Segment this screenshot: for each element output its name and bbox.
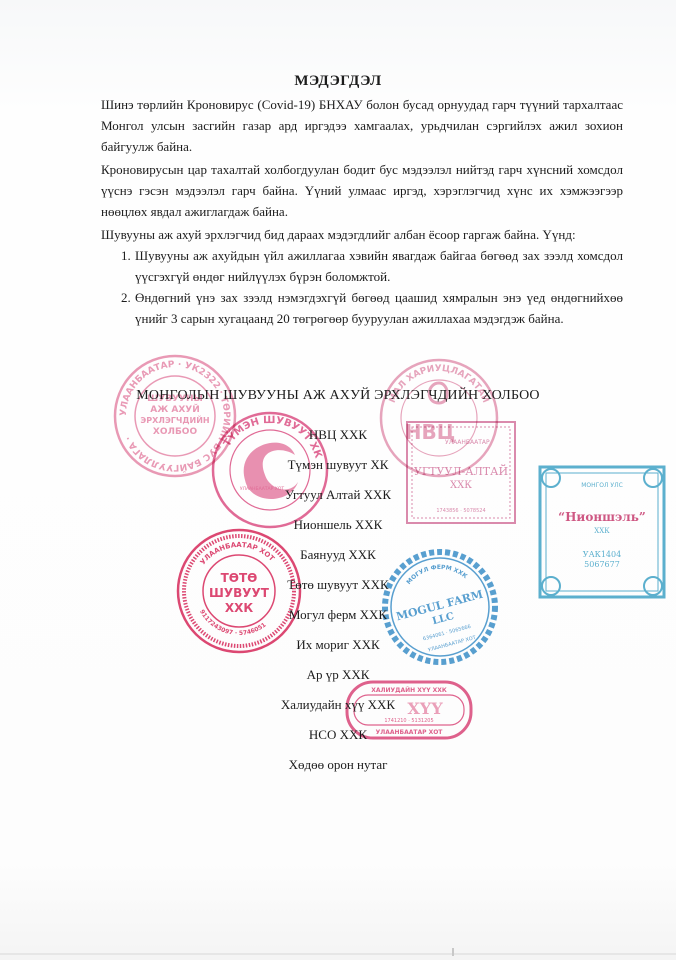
list-text: Өндөгний үнэ зах зээлд нэмэгдэхгүй бөгөө…: [135, 290, 623, 326]
svg-text:ХАЛИУДАЙН ХҮҮ ХХК: ХАЛИУДАЙН ХҮҮ ХХК: [371, 686, 447, 694]
list-item: 2. Өндөгний үнэ зах зээлд нэмэгдэхгүй бө…: [101, 287, 623, 329]
svg-text:АЖ АХУЙ: АЖ АХУЙ: [150, 403, 200, 415]
member-item: Ар үр ХХК: [0, 667, 676, 683]
list-text: Шувууны аж ахуйдын үйл ажиллагаа хэвийн …: [135, 248, 623, 284]
member-item: НСО ХХК: [0, 727, 676, 743]
svg-text:1743856 · 5078524: 1743856 · 5078524: [436, 508, 485, 514]
member-item: Түмэн шувуут ХК: [0, 457, 676, 473]
member-item: Баянууд ХХК: [0, 547, 676, 563]
document-title: МЭДЭГДЭЛ: [0, 73, 676, 90]
page-mark: [452, 948, 454, 956]
list-number: 2.: [121, 287, 131, 308]
paragraph-3: Шувууны аж ахуй эрхлэгчид бид дараах мэд…: [101, 224, 623, 245]
document-page: МЭДЭГДЭЛ Шинэ төрлийн Крoновирус (Covid-…: [0, 0, 676, 960]
member-item: Угтуул Алтай ХХК: [0, 487, 676, 503]
association-name: МОНГОЛЫН ШУВУУНЫ АЖ АХУЙ ЭРХЛЭГЧДИЙН ХОЛ…: [0, 388, 676, 404]
svg-text:ЭРХЛЭГЧДИЙН: ЭРХЛЭГЧДИЙН: [140, 414, 209, 425]
page-bottom-edge: [0, 953, 676, 955]
list-item: 1. Шувууны аж ахуйдын үйл ажиллагаа хэви…: [101, 245, 623, 287]
svg-text:1741210 · 5131205: 1741210 · 5131205: [384, 718, 433, 724]
member-item: Хөдөө орон нутаг: [0, 757, 676, 773]
member-item: Төтө шувуут ХХК: [0, 577, 676, 593]
list-number: 1.: [121, 245, 131, 266]
paragraph-1: Шинэ төрлийн Крoновирус (Covid-19) БНХАУ…: [101, 94, 623, 157]
member-item: НВЦ ХХК: [0, 427, 676, 443]
paragraph-2: Крoновирусын цар тахалтай холбогдуулан б…: [101, 159, 623, 222]
member-item: Могул ферм ХХК: [0, 607, 676, 623]
member-item: Нионшель ХХК: [0, 517, 676, 533]
statement-list: 1. Шувууны аж ахуйдын үйл ажиллагаа хэви…: [101, 245, 623, 329]
member-item: Халиудайн хүү ХХК: [0, 697, 676, 713]
member-item: Их мориг ХХК: [0, 637, 676, 653]
